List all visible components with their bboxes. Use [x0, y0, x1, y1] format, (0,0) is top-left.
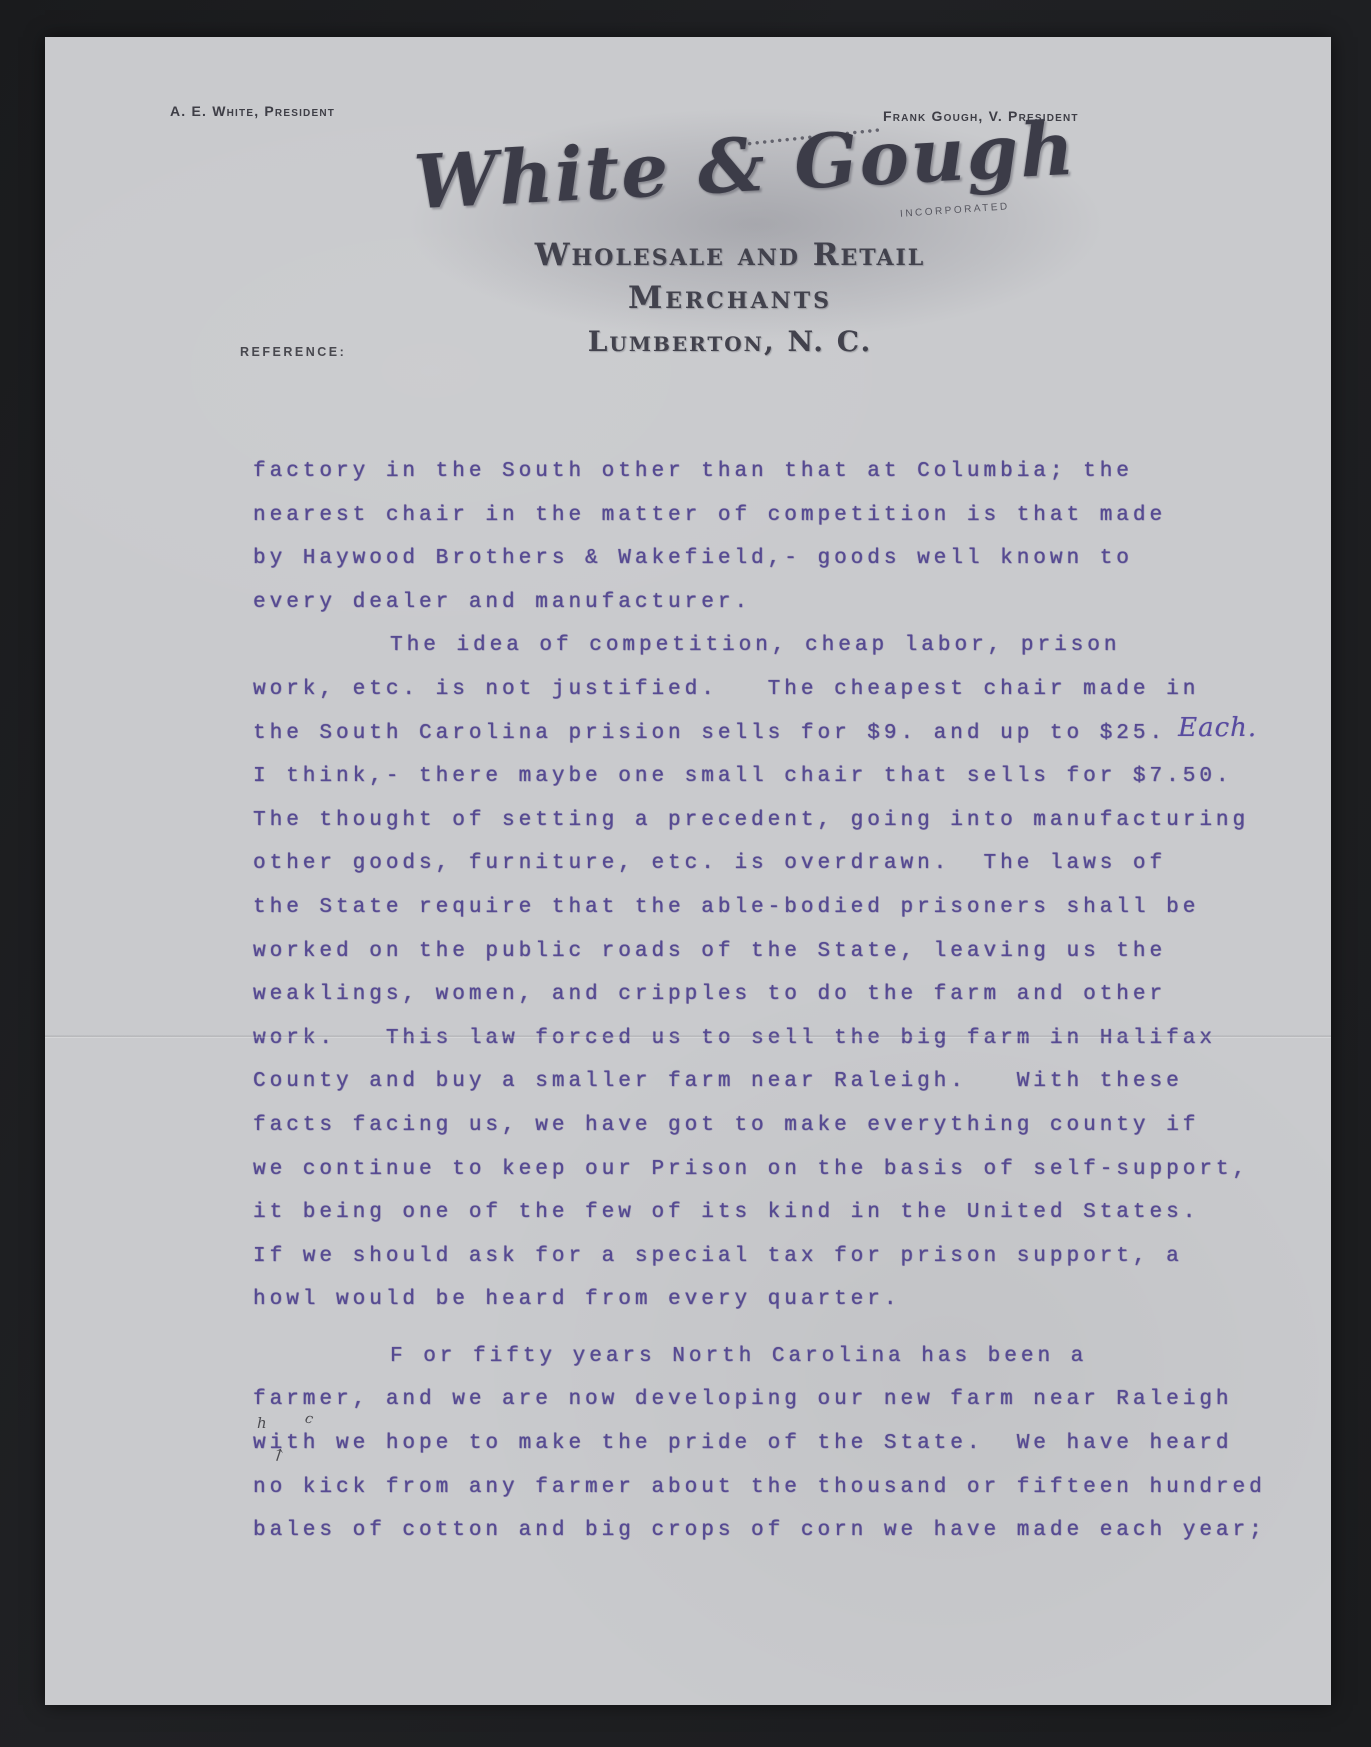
typed-line-text: F or fifty years North Carolina has been… [390, 1345, 1087, 1368]
typed-line: weaklings, women, and cripples to do the… [253, 970, 1313, 1014]
typed-line: County and buy a smaller farm near Ralei… [253, 1057, 1313, 1101]
company-location: Lumberton, N. C. [465, 325, 995, 358]
typed-line-text: no kick from any farmer about the thousa… [253, 1476, 1266, 1499]
typed-line: howl would be heard from every quarter. [253, 1275, 1313, 1319]
typed-line: The idea of competition, cheap labor, pr… [253, 621, 1313, 665]
scan-background: A. E. White, President Frank Gough, V. P… [0, 0, 1371, 1747]
typed-line: we continue to keep our Prison on the ba… [253, 1145, 1313, 1189]
letter-page: A. E. White, President Frank Gough, V. P… [45, 37, 1331, 1705]
typed-line: the State require that the able-bodied p… [253, 883, 1313, 927]
typed-line: the South Carolina prision sells for $9.… [253, 709, 1313, 753]
typed-line: If we should ask for a special tax for p… [253, 1232, 1313, 1276]
typed-line-text: worked on the public roads of the State,… [253, 940, 1166, 963]
typed-line-text: by Haywood Brothers & Wakefield,- goods … [253, 547, 1133, 570]
typed-line: every dealer and manufacturer. [253, 578, 1313, 622]
typed-line: no kick from any farmer about the thousa… [253, 1463, 1313, 1507]
reference-block: REFERENCE: [172, 345, 346, 362]
fold-crease [45, 1035, 1331, 1038]
typed-line: work, etc. is not justified. The cheapes… [253, 665, 1313, 709]
typed-line-text: County and buy a smaller farm near Ralei… [253, 1070, 1183, 1093]
typed-line-text: it being one of the few of its kind in t… [253, 1201, 1199, 1224]
typed-line-text: other goods, furniture, etc. is overdraw… [253, 852, 1166, 875]
typed-line: nearest chair in the matter of competiti… [253, 491, 1313, 535]
pencil-letter-h: h [257, 1402, 267, 1446]
letter-body: factory in the South other than that at … [253, 447, 1313, 1550]
typed-line-text: work. This law forced us to sell the big… [253, 1027, 1216, 1050]
business-line-wholesale-retail: Wholesale and Retail [465, 237, 995, 273]
typed-line: bales of cotton and big crops of corn we… [253, 1506, 1313, 1550]
typed-line-text: work, etc. is not justified. The cheapes… [253, 678, 1199, 701]
typed-line-text: If we should ask for a special tax for p… [253, 1245, 1183, 1268]
typed-line-text: nearest chair in the matter of competiti… [253, 504, 1166, 527]
business-line-merchants: Merchants [465, 280, 995, 316]
typed-line-text: The idea of competition, cheap labor, pr… [390, 634, 1121, 657]
typed-line-text: every dealer and manufacturer. [253, 591, 751, 614]
typed-line-text: bales of cotton and big crops of corn we… [253, 1519, 1266, 1542]
typed-line: I think,- there maybe one small chair th… [253, 752, 1313, 796]
typed-line-text: I think,- there maybe one small chair th… [253, 765, 1233, 788]
typed-line-text: The thought of setting a precedent, goin… [253, 809, 1249, 832]
typed-line: The thought of setting a precedent, goin… [253, 796, 1313, 840]
typed-line-text: with we hope to make the pride of the St… [253, 1432, 1233, 1455]
typed-line: it being one of the few of its kind in t… [253, 1188, 1313, 1232]
typed-line-text: factory in the South other than that at … [253, 460, 1133, 483]
typed-line-text: farmer, and we are now developing our ne… [253, 1388, 1233, 1411]
handwritten-annotation: Each. [1178, 713, 1257, 743]
typed-line-text: we continue to keep our Prison on the ba… [253, 1158, 1249, 1181]
typed-line-text: howl would be heard from every quarter. [253, 1288, 900, 1311]
typed-line-text: facts facing us, we have got to make eve… [253, 1114, 1199, 1137]
typed-line-text: weaklings, women, and cripples to do the… [253, 983, 1166, 1006]
typed-line: facts facing us, we have got to make eve… [253, 1101, 1313, 1145]
typed-line: farmer, and we are now developing our ne… [253, 1375, 1313, 1419]
typed-line-text: the South Carolina prision sells for $9.… [253, 722, 1166, 745]
typed-line-text: the State require that the able-bodied p… [253, 896, 1199, 919]
typed-line: other goods, furniture, etc. is overdraw… [253, 839, 1313, 883]
typed-line: with we hope to make the pride of the St… [253, 1419, 1313, 1463]
reference-heading: REFERENCE: [172, 345, 346, 359]
typed-line: F or fifty years North Carolina has been… [253, 1332, 1313, 1376]
typed-line: worked on the public roads of the State,… [253, 927, 1313, 971]
typed-line: by Haywood Brothers & Wakefield,- goods … [253, 534, 1313, 578]
president-name: A. E. White, President [170, 103, 335, 119]
typed-line: factory in the South other than that at … [253, 447, 1313, 491]
